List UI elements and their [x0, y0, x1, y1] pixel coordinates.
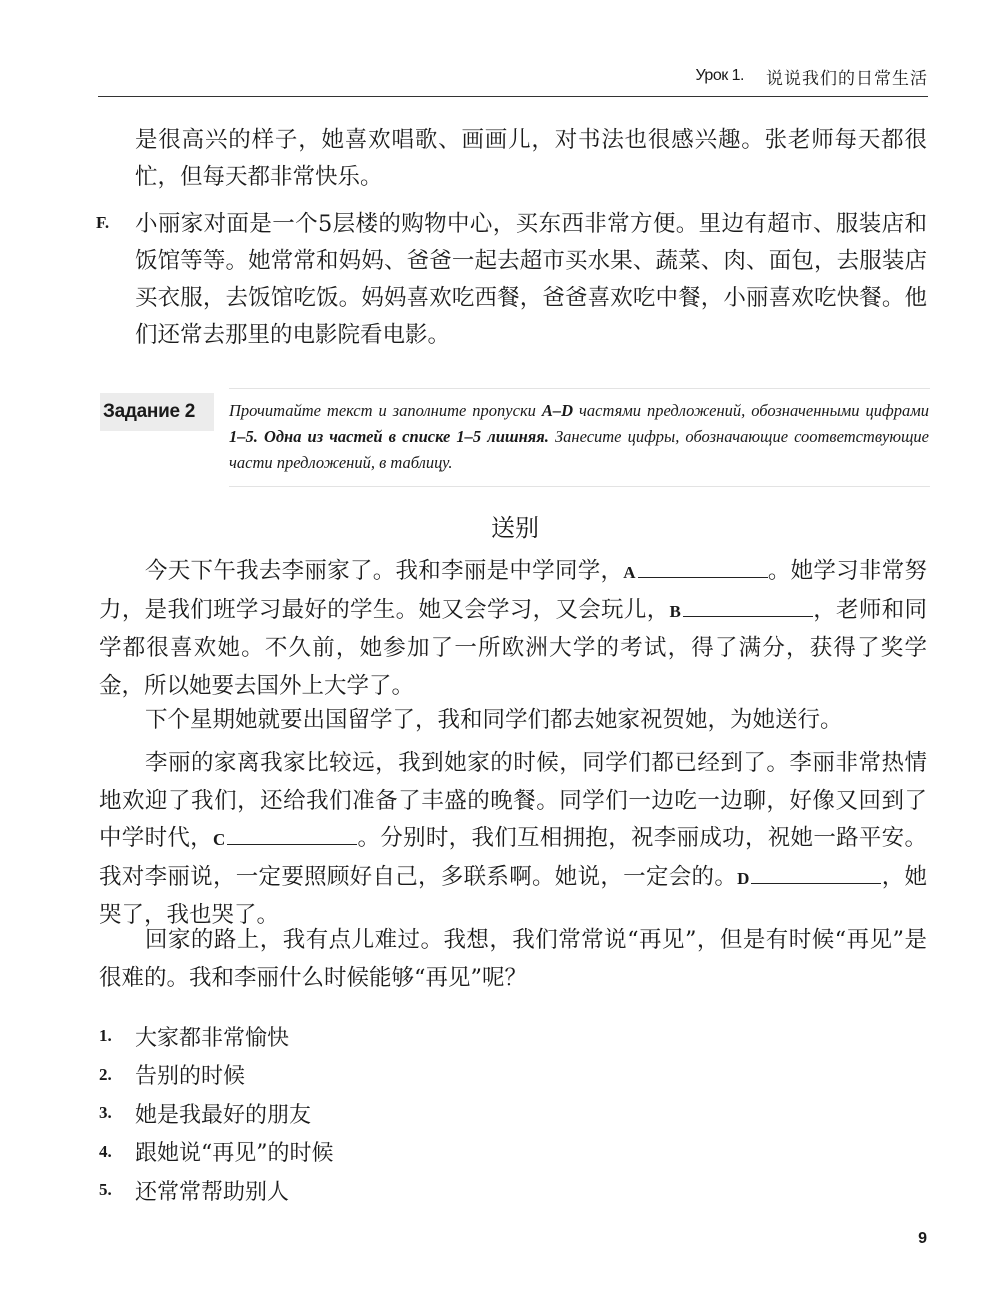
- story-paragraph-3: 李丽的家离我家比较远，我到她家的时候，同学们都已经到了。李丽非常热情地欢迎了我们…: [99, 745, 927, 935]
- option-text: 跟她说“再见”的时候: [135, 1136, 334, 1167]
- instruction-part: частями предложений, обозначенными цифра…: [573, 401, 929, 420]
- page-number: 9: [918, 1230, 927, 1248]
- option-text: 她是我最好的朋友: [135, 1098, 311, 1129]
- option-item: 4.跟她说“再见”的时候: [99, 1133, 334, 1172]
- option-number: 3.: [99, 1103, 135, 1123]
- option-text: 还常常帮助别人: [135, 1175, 289, 1206]
- story-paragraph-1: 今天下午我去李丽家了。我和李丽是中学同学，A。她学习非常努力，是我们班学习最好的…: [99, 553, 927, 705]
- option-item: 2.告别的时候: [99, 1056, 334, 1095]
- story-title: 送别: [0, 508, 1000, 543]
- options-list: 1.大家都非常愉快 2.告别的时候 3.她是我最好的朋友 4.跟她说“再见”的时…: [99, 1017, 334, 1210]
- option-number: 1.: [99, 1026, 135, 1046]
- instruction-bold: A–D: [542, 401, 573, 420]
- option-number: 5.: [99, 1180, 135, 1200]
- option-item: 1.大家都非常愉快: [99, 1017, 334, 1056]
- option-number: 2.: [99, 1065, 135, 1085]
- continuation-paragraph: 是很高兴的样子，她喜欢唱歌、画画儿，对书法也很感兴趣。张老师每天都很忙，但每天都…: [135, 122, 927, 196]
- story-text: 今天下午我去李丽家了。我和李丽是中学同学，: [145, 558, 623, 584]
- instruction-part: Прочитайте текст и заполните пропуски: [229, 401, 542, 420]
- paragraph-f: 小丽家对面是一个5层楼的购物中心，买东西非常方便。里边有超市、服装店和饭馆等等。…: [135, 206, 927, 354]
- instruction-bold: 1–5. Одна из частей в списке 1–5 лишняя.: [229, 427, 549, 446]
- gap-b-label: B: [670, 602, 681, 621]
- lesson-label: Урок 1.: [695, 67, 744, 85]
- task-bottom-rule: [229, 486, 930, 487]
- gap-a-label: A: [623, 563, 635, 582]
- gap-d-label: D: [737, 869, 749, 888]
- option-item: 5.还常常帮助别人: [99, 1171, 334, 1210]
- option-text: 告别的时候: [135, 1059, 245, 1090]
- option-text: 大家都非常愉快: [135, 1021, 289, 1052]
- task-top-rule: [229, 388, 930, 389]
- option-number: 4.: [99, 1142, 135, 1162]
- story-paragraph-2: 下个星期她就要出国留学了，我和同学们都去她家祝贺她，为她送行。: [99, 702, 927, 740]
- task-label-box: Задание 2: [100, 393, 214, 431]
- option-item: 3.她是我最好的朋友: [99, 1094, 334, 1133]
- paragraph-f-marker: F.: [96, 213, 109, 233]
- task-instruction: Прочитайте текст и заполните пропуски A–…: [229, 398, 929, 476]
- task-label: Задание 2: [100, 401, 195, 423]
- gap-c-blank[interactable]: [227, 826, 357, 845]
- lesson-topic: 说说我们的日常生活: [766, 64, 928, 89]
- gap-a-blank[interactable]: [638, 559, 768, 578]
- gap-d-blank[interactable]: [751, 865, 881, 884]
- running-head: Урок 1. 说说我们的日常生活: [98, 56, 928, 97]
- gap-c-label: C: [213, 830, 225, 849]
- story-paragraph-4: 回家的路上，我有点儿难过。我想，我们常常说“再见”，但是有时候“再见”是很难的。…: [99, 922, 927, 997]
- gap-b-blank[interactable]: [683, 598, 813, 617]
